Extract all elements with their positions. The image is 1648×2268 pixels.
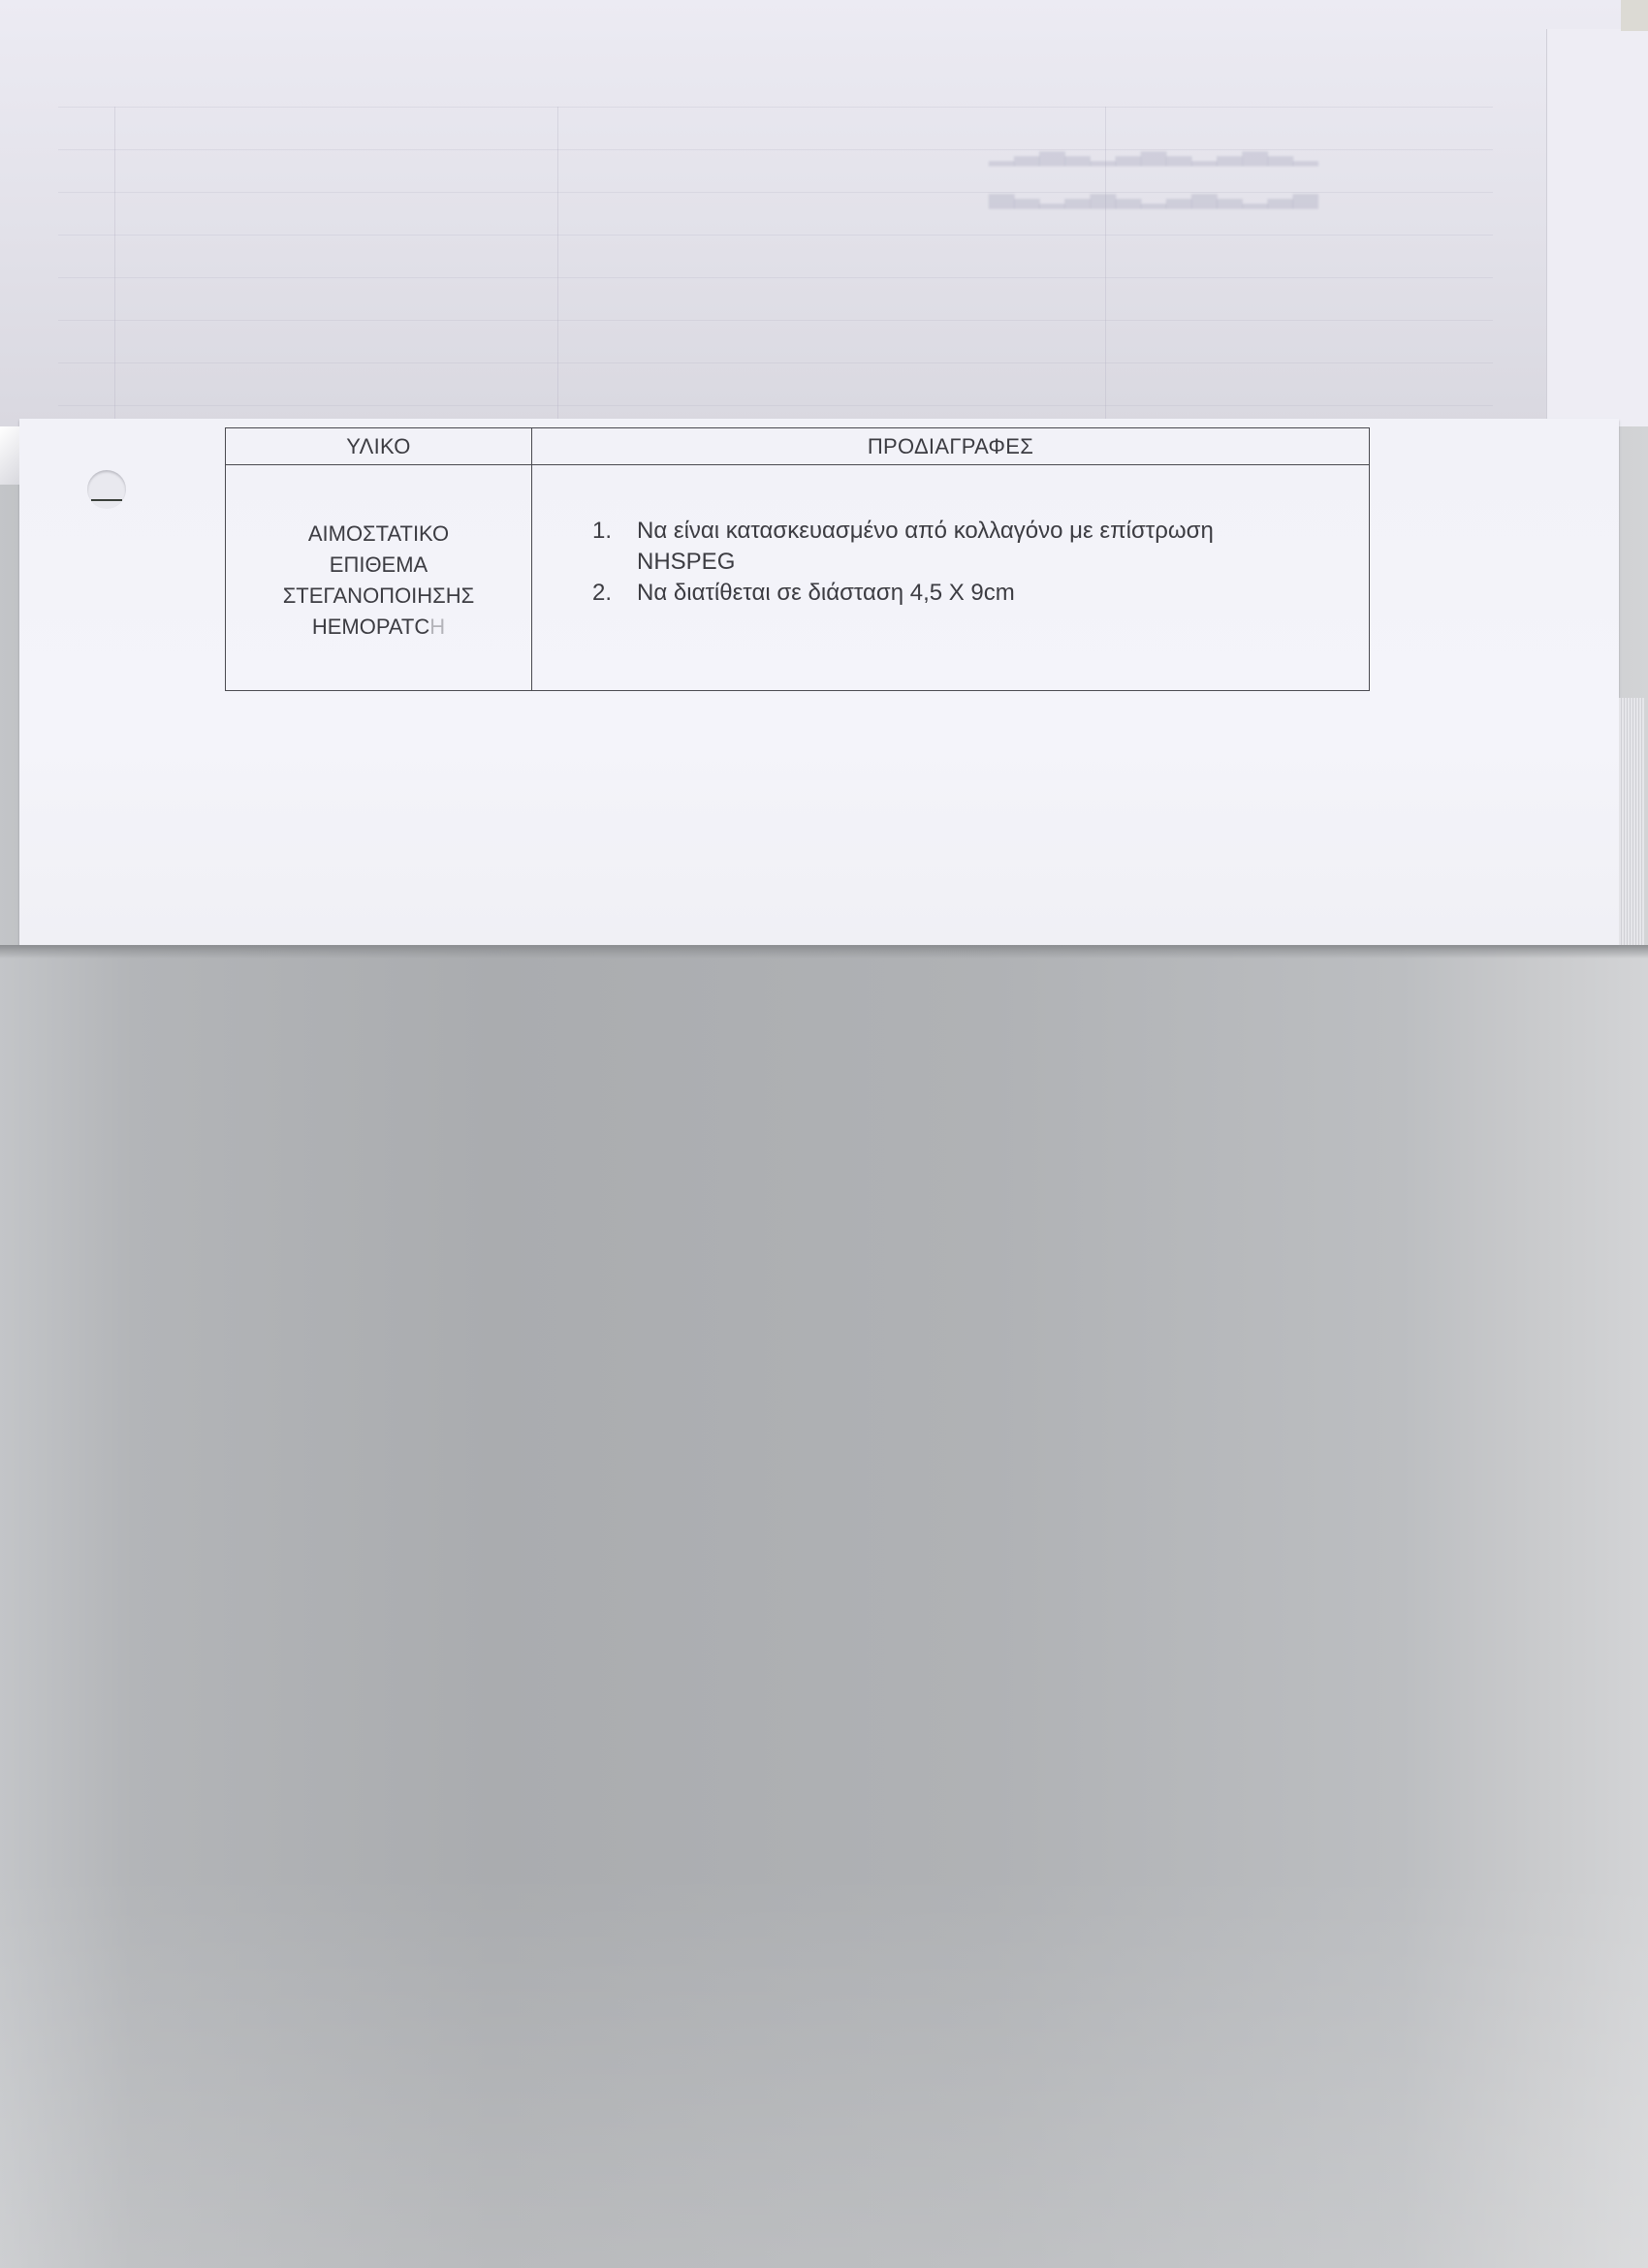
spec-number: 1. — [592, 516, 612, 547]
bleed-through-text: ▁▂▃▂▁▂▃▂▁▂▃▂▁▃▂▁▂▃▂▁▂▃▂▁▂▃ — [834, 126, 1318, 271]
spec-text: Να είναι κατασκευασμένο από κολλαγόνο με… — [637, 516, 1349, 547]
material-line: ΑΙΜΟΣΤΑΤΙΚΟ — [308, 519, 449, 550]
spec-item: 2. Να διατίθεται σε διάσταση 4,5 X 9cm — [592, 578, 1349, 609]
material-cell: ΑΙΜΟΣΤΑΤΙΚΟ ΕΠΙΘΕΜΑ ΣΤΕΓΑΝΟΠΟΙΗΣΗΣ HEMOP… — [226, 465, 531, 690]
material-line: ΕΠΙΘΕΜΑ — [330, 550, 428, 581]
punch-hole-icon — [87, 470, 126, 509]
specification-table: ΥΛΙΚΟ ΠΡΟΔΙΑΓΡΑΦΕΣ ΑΙΜΟΣΤΑΤΙΚΟ ΕΠΙΘΕΜΑ Σ… — [225, 427, 1370, 691]
material-product-faded: H — [429, 614, 445, 639]
bleed-through-line — [557, 107, 558, 426]
spec-text-continuation: NHSPEG — [637, 547, 1349, 578]
paper-corner — [1621, 0, 1648, 31]
specifications-cell: 1. Να είναι κατασκευασμένο από κολλαγόνο… — [532, 465, 1369, 690]
material-product: HEMOPATC — [312, 614, 429, 639]
background-sheet-edge — [1546, 29, 1648, 426]
scanner-bed — [0, 945, 1648, 2268]
paper-torn-edge — [1619, 698, 1644, 945]
material-product-line: HEMOPATCH — [312, 612, 445, 643]
table-header-row: ΥΛΙΚΟ ΠΡΟΔΙΑΓΡΑΦΕΣ — [226, 428, 1369, 465]
header-material: ΥΛΙΚΟ — [226, 428, 531, 464]
header-specifications: ΠΡΟΔΙΑΓΡΑΦΕΣ — [532, 428, 1369, 464]
paper-shadow — [0, 945, 1648, 959]
spec-number: 2. — [592, 578, 612, 609]
spec-text: Να διατίθεται σε διάσταση 4,5 X 9cm — [637, 578, 1349, 609]
paper-fold — [0, 426, 19, 485]
bleed-through-line — [114, 107, 115, 426]
material-line: ΣΤΕΓΑΝΟΠΟΙΗΣΗΣ — [283, 581, 475, 612]
spec-item: 1. Να είναι κατασκευασμένο από κολλαγόνο… — [592, 516, 1349, 578]
